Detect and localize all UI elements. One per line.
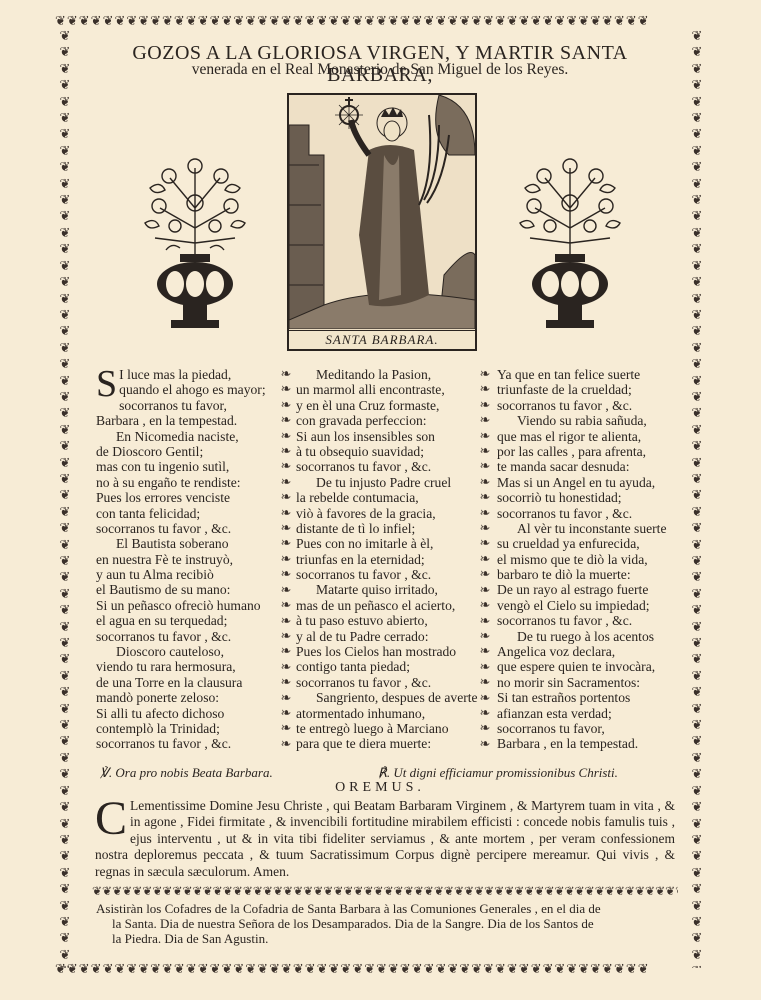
verse-line: te entregò luego à Marciano	[296, 721, 478, 736]
bottom-ornamental-border: ❦❦❦❦❦❦❦❦❦❦❦❦❦❦❦❦❦❦❦❦❦❦❦❦❦❦❦❦❦❦❦❦❦❦❦❦❦❦❦❦…	[55, 962, 705, 976]
verse-line: socorranos tu favor , &c.	[497, 613, 667, 628]
verse-line: Si tan estraños portentos	[497, 690, 667, 705]
verse-line: De un rayo al estrago fuerte	[497, 582, 667, 597]
verse-column-1: SI luce mas la piedad,quando el ahogo es…	[96, 367, 262, 752]
verse-line: de una Torre en la clausura	[96, 675, 262, 690]
verse-line: mas de un peñasco el acierto,	[296, 598, 478, 613]
verse-dropcap: S	[96, 369, 117, 399]
verse-line: de Dioscoro Gentil;	[96, 444, 262, 459]
verse-line: socorranos tu favor , &c.	[497, 398, 667, 413]
verse-line: Si alli tu afecto dichoso	[96, 706, 262, 721]
verse-line: socorranos tu favor,	[96, 398, 262, 413]
verse-line: que mas el rigor te alienta,	[497, 429, 667, 444]
verse-line: la rebelde contumacia,	[296, 490, 478, 505]
versicle: ℣. Ora pro nobis Beata Barbara.	[100, 765, 273, 781]
verse-line: Barbara , en la tempestad.	[96, 413, 262, 428]
verse-line: y al de tu Padre cerrado:	[296, 629, 478, 644]
verse-line: socorranos tu favor,	[497, 721, 667, 736]
verse-line: contemplò la Trinidad;	[96, 721, 262, 736]
verse-line: viò à favores de la gracia,	[296, 506, 478, 521]
verse-line: De tu injusto Padre cruel	[296, 475, 478, 490]
verse-line: Barbara , en la tempestad.	[497, 736, 667, 751]
verse-line: Mas si un Angel en tu ayuda,	[497, 475, 667, 490]
notice-line-2: la Santa. Dia de nuestra Señora de los D…	[96, 916, 681, 931]
column-divider-ornament-icon: ❧❧❧❧❧❧❧❧❧❧❧❧❧❧❧❧❧❧❧❧❧❧❧❧❧	[478, 366, 492, 751]
verse-line: socorranos tu favor , &c.	[497, 506, 667, 521]
left-ornamental-border: ❦❦❦❦❦❦❦❦❦❦❦❦❦❦❦❦❦❦❦❦❦❦❦❦❦❦❦❦❦❦❦❦❦❦❦❦❦❦❦❦…	[56, 28, 74, 968]
verse-line: Matarte quiso irritado,	[296, 582, 478, 597]
verse-line: Ya que en tan felice suerte	[497, 367, 667, 382]
verse-line: En Nicomedia naciste,	[96, 429, 262, 444]
verse-line: atormentado inhumano,	[296, 706, 478, 721]
verse-line: à tu obsequio suavidad;	[296, 444, 478, 459]
verse-line: socorranos tu favor , &c.	[96, 736, 262, 751]
verse-line: Sangriento, despues de averte	[296, 690, 478, 705]
woodcut-caption: SANTA BARBARA.	[289, 330, 475, 349]
prayer-dropcap: C	[95, 800, 127, 838]
verse-line: no morir sin Sacramentos:	[497, 675, 667, 690]
verse-line: el mismo que te diò la vida,	[497, 552, 667, 567]
verse-line: socorranos tu favor , &c.	[96, 521, 262, 536]
saint-barbara-woodcut-image: SANTA BARBARA.	[287, 93, 477, 351]
verse-line: Pues con no imitarle à èl,	[296, 536, 478, 551]
verse-line: y en èl una Cruz formaste,	[296, 398, 478, 413]
notice-line-3: la Piedra. Dia de San Agustin.	[96, 931, 681, 946]
verse-line: vengò el Cielo su impiedad;	[497, 598, 667, 613]
verse-line: socorranos tu favor , &c.	[296, 459, 478, 474]
verse-line: no à su engaño te rendiste:	[96, 475, 262, 490]
ornamental-divider: ❦❦❦❦❦❦❦❦❦❦❦❦❦❦❦❦❦❦❦❦❦❦❦❦❦❦❦❦❦❦❦❦❦❦❦❦❦❦❦❦…	[92, 884, 678, 898]
verse-line: afianzan esta verdad;	[497, 706, 667, 721]
verse-line: su crueldad ya enfurecida,	[497, 536, 667, 551]
verse-line: un marmol alli encontraste,	[296, 382, 478, 397]
verse-column-3: Ya que en tan felice suertetriunfaste de…	[497, 367, 667, 752]
verse-line: el agua en su terquedad;	[96, 613, 262, 628]
verse-line: mandò ponerte zeloso:	[96, 690, 262, 705]
verse-line: Si un peñasco ofreciò humano	[96, 598, 262, 613]
verse-line: barbaro te diò la muerte:	[497, 567, 667, 582]
verse-line: y aun tu Alma recibiò	[96, 567, 262, 582]
verse-line: Meditando la Pasion,	[296, 367, 478, 382]
verse-line: Pues los Cielos han mostrado	[296, 644, 478, 659]
verse-line: Al vèr tu inconstante suerte	[497, 521, 667, 536]
page-subtitle: venerada en el Real Monasterio de San Mi…	[80, 61, 680, 79]
verse-column-2: Meditando la Pasion,un marmol alli encon…	[296, 367, 478, 752]
verse-line: para que te diera muerte:	[296, 736, 478, 751]
verse-line: De tu ruego à los acentos	[497, 629, 667, 644]
verse-line: te manda sacar desnuda:	[497, 459, 667, 474]
flower-vase-right-icon	[510, 148, 630, 333]
verse-line: socorriò tu honestidad;	[497, 490, 667, 505]
confraternity-notice: Asistiràn los Cofadres de la Cofadria de…	[96, 901, 681, 946]
column-divider-ornament-icon: ❧❧❧❧❧❧❧❧❧❧❧❧❧❧❧❧❧❧❧❧❧❧❧❧❧	[279, 366, 293, 751]
verse-line: viendo tu rara hermosura,	[96, 659, 262, 674]
verse-line: socorranos tu favor , &c.	[296, 675, 478, 690]
verse-line: distante de tì lo infiel;	[296, 521, 478, 536]
response: ℟. Ut digni efficiamur promissionibus Ch…	[378, 765, 618, 781]
verse-line: el Bautismo de su mano:	[96, 582, 262, 597]
top-ornamental-border: ❦❦❦❦❦❦❦❦❦❦❦❦❦❦❦❦❦❦❦❦❦❦❦❦❦❦❦❦❦❦❦❦❦❦❦❦❦❦❦❦…	[55, 14, 705, 28]
verse-line: quando el ahogo es mayor;	[96, 382, 262, 397]
verse-line: El Bautista soberano	[96, 536, 262, 551]
verse-line: Viendo su rabia sañuda,	[497, 413, 667, 428]
verse-line: Dioscoro cauteloso,	[96, 644, 262, 659]
verse-line: socorranos tu favor , &c.	[96, 629, 262, 644]
verse-line: por las calles , para afrenta,	[497, 444, 667, 459]
notice-line-1: Asistiràn los Cofadres de la Cofadria de…	[96, 901, 681, 916]
verse-line: en nuestra Fè te instruyò,	[96, 552, 262, 567]
verse-line: Pues los errores venciste	[96, 490, 262, 505]
oremus-heading: OREMUS.	[80, 780, 680, 796]
prayer-body: Lementissime Domine Jesu Christe , qui B…	[95, 798, 675, 879]
verse-line: socorranos tu favor , &c.	[296, 567, 478, 582]
prayer-text: CLementissime Domine Jesu Christe , qui …	[95, 798, 675, 880]
verse-line: SI luce mas la piedad,	[96, 367, 262, 382]
verse-line: contigo tanta piedad;	[296, 659, 478, 674]
verse-line: Angelica voz declara,	[497, 644, 667, 659]
verse-line: triunfas en la eternidad;	[296, 552, 478, 567]
verse-line: con tanta felicidad;	[96, 506, 262, 521]
verse-line: que espere quien te invocàra,	[497, 659, 667, 674]
verse-line: à tu paso estuvo abierto,	[296, 613, 478, 628]
verse-line: con gravada perfeccion:	[296, 413, 478, 428]
right-ornamental-border: ❦❦❦❦❦❦❦❦❦❦❦❦❦❦❦❦❦❦❦❦❦❦❦❦❦❦❦❦❦❦❦❦❦❦❦❦❦❦❦❦…	[688, 28, 706, 968]
verse-line: mas con tu ingenio sutìl,	[96, 459, 262, 474]
flower-vase-left-icon	[135, 148, 255, 333]
verse-line: Si aun los insensibles son	[296, 429, 478, 444]
verse-line: triunfaste de la crueldad;	[497, 382, 667, 397]
